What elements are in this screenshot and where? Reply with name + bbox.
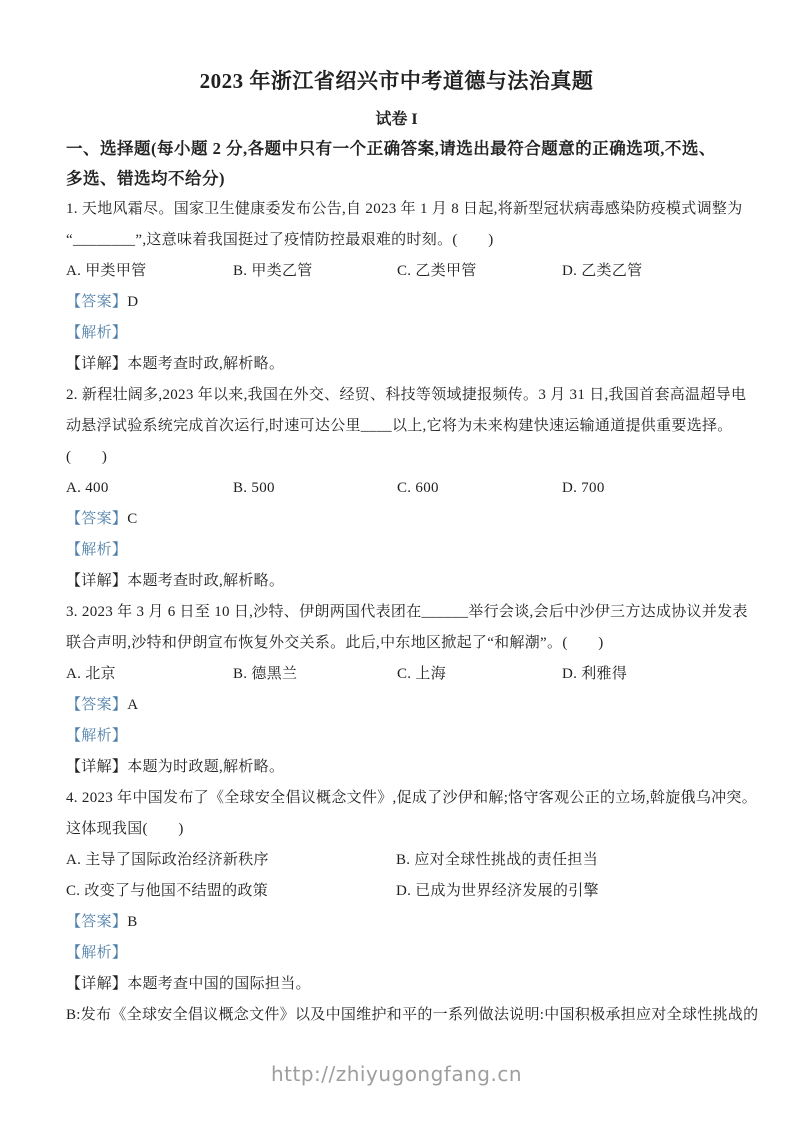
option-d: D. 乙类乙管: [562, 256, 727, 287]
page-content: 2023 年浙江省绍兴市中考道德与法治真题 试卷 I 一、选择题(每小题 2 分…: [0, 0, 793, 1031]
option-b: B. 500: [233, 473, 397, 504]
question-4: 4. 2023 年中国发布了《全球安全倡议概念文件》,促成了沙伊和解;恪守客观公…: [66, 783, 727, 1031]
option-a: A. 400: [66, 473, 233, 504]
option-c: C. 改变了与他国不结盟的政策: [66, 876, 396, 907]
analysis-label: 【解析】: [66, 938, 727, 969]
answer-value: D: [127, 294, 138, 310]
option-c: C. 600: [397, 473, 562, 504]
section-heading: 一、选择题(每小题 2 分,各题中只有一个正确答案,请选出最符合题意的正确选项,…: [66, 134, 727, 194]
detail-label: 【详解】: [66, 759, 127, 775]
paper-subtitle: 试卷 I: [66, 106, 727, 134]
option-d: D. 已成为世界经济发展的引擎: [396, 876, 727, 907]
detail-label: 【详解】: [66, 356, 127, 372]
question-stem-line: 4. 2023 年中国发布了《全球安全倡议概念文件》,促成了沙伊和解;恪守客观公…: [66, 783, 727, 814]
section-heading-line: 一、选择题(每小题 2 分,各题中只有一个正确答案,请选出最符合题意的正确选项,…: [66, 134, 727, 164]
answer-value: C: [127, 511, 137, 527]
analysis-label: 【解析】: [66, 535, 727, 566]
analysis-label: 【解析】: [66, 721, 727, 752]
question-stem-line: 动悬浮试验系统完成首次运行,时速可达公里____以上,它将为未来构建快速运输通道…: [66, 411, 727, 442]
question-2: 2. 新程壮阔多,2023 年以来,我国在外交、经贸、科技等领域捷报频传。3 月…: [66, 380, 727, 597]
page-title: 2023 年浙江省绍兴市中考道德与法治真题: [66, 64, 727, 98]
option-b: B. 甲类乙管: [233, 256, 397, 287]
question-stem-line: 联合声明,沙特和伊朗宣布恢复外交关系。此后,中东地区掀起了“和解潮”。( ): [66, 628, 727, 659]
option-d: D. 利雅得: [562, 659, 727, 690]
answer-value: A: [127, 697, 138, 713]
option-c: C. 上海: [397, 659, 562, 690]
options-row: A. 北京 B. 德黑兰 C. 上海 D. 利雅得: [66, 659, 727, 690]
answer-line: 【答案】B: [66, 907, 727, 938]
answer-label: 【答案】: [66, 697, 127, 713]
question-stem-line: 2. 新程壮阔多,2023 年以来,我国在外交、经贸、科技等领域捷报频传。3 月…: [66, 380, 727, 411]
detail-text: 本题为时政题,解析略。: [127, 759, 284, 775]
detail-line: 【详解】本题考查中国的国际担当。: [66, 969, 727, 1000]
question-stem-line: 1. 天地风霜尽。国家卫生健康委发布公告,自 2023 年 1 月 8 日起,将…: [66, 194, 727, 225]
detail-label: 【详解】: [66, 976, 127, 992]
answer-line: 【答案】C: [66, 504, 727, 535]
options-row: C. 改变了与他国不结盟的政策 D. 已成为世界经济发展的引擎: [66, 876, 727, 907]
answer-label: 【答案】: [66, 511, 127, 527]
option-a: A. 甲类甲管: [66, 256, 233, 287]
options-row: A. 甲类甲管 B. 甲类乙管 C. 乙类甲管 D. 乙类乙管: [66, 256, 727, 287]
answer-label: 【答案】: [66, 294, 127, 310]
option-b: B. 应对全球性挑战的责任担当: [396, 845, 727, 876]
section-heading-line: 多选、错选均不给分): [66, 164, 727, 194]
question-stem-line: ( ): [66, 442, 727, 473]
option-d: D. 700: [562, 473, 727, 504]
detail-label: 【详解】: [66, 573, 127, 589]
question-3: 3. 2023 年 3 月 6 日至 10 日,沙特、伊朗两国代表团在_____…: [66, 597, 727, 783]
option-a: A. 主导了国际政治经济新秩序: [66, 845, 396, 876]
detail-line: 【详解】本题考查时政,解析略。: [66, 566, 727, 597]
detail-text: 本题考查时政,解析略。: [127, 573, 284, 589]
answer-line: 【答案】D: [66, 287, 727, 318]
question-1: 1. 天地风霜尽。国家卫生健康委发布公告,自 2023 年 1 月 8 日起,将…: [66, 194, 727, 380]
detail-text: 本题考查时政,解析略。: [127, 356, 284, 372]
detail-text: 本题考查中国的国际担当。: [127, 976, 311, 992]
analysis-label: 【解析】: [66, 318, 727, 349]
question-stem-line: “________”,这意味着我国挺过了疫情防控最艰难的时刻。( ): [66, 225, 727, 256]
watermark-url: http://zhiyugongfang.cn: [0, 1062, 793, 1086]
options-row: A. 400 B. 500 C. 600 D. 700: [66, 473, 727, 504]
options-row: A. 主导了国际政治经济新秩序 B. 应对全球性挑战的责任担当: [66, 845, 727, 876]
answer-value: B: [127, 914, 137, 930]
answer-label: 【答案】: [66, 914, 127, 930]
detail-line: 【详解】本题为时政题,解析略。: [66, 752, 727, 783]
answer-line: 【答案】A: [66, 690, 727, 721]
option-c: C. 乙类甲管: [397, 256, 562, 287]
option-b: B. 德黑兰: [233, 659, 397, 690]
option-a: A. 北京: [66, 659, 233, 690]
question-stem-line: 3. 2023 年 3 月 6 日至 10 日,沙特、伊朗两国代表团在_____…: [66, 597, 727, 628]
exam-document-page: 2023 年浙江省绍兴市中考道德与法治真题 试卷 I 一、选择题(每小题 2 分…: [0, 0, 793, 1122]
detail-continuation-line: B:发布《全球安全倡议概念文件》以及中国维护和平的一系列做法说明:中国积极承担应…: [66, 1000, 727, 1031]
detail-line: 【详解】本题考查时政,解析略。: [66, 349, 727, 380]
question-stem-line: 这体现我国( ): [66, 814, 727, 845]
